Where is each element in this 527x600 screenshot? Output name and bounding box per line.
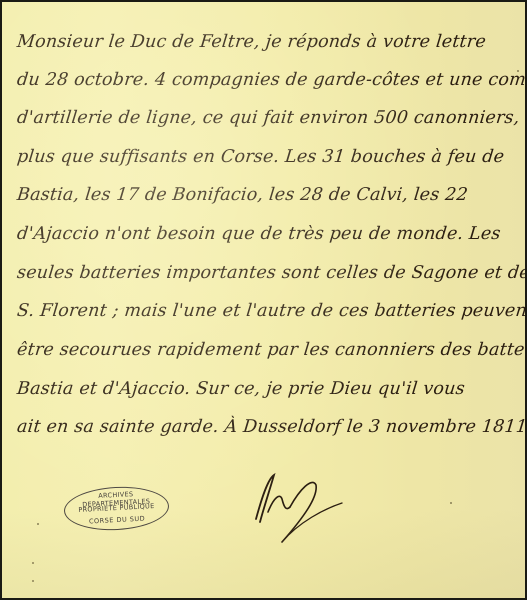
letter-line-9: être secourues rapidement par les canonn…	[16, 340, 525, 360]
paper-speck	[517, 70, 519, 72]
paper-speck	[32, 580, 34, 582]
letter-line-1: Monsieur le Duc de Feltre, je réponds à …	[16, 32, 487, 52]
letter-page: Monsieur le Duc de Feltre, je réponds à …	[2, 2, 525, 598]
letter-line-3: d'artillerie de ligne, ce qui fait envir…	[16, 108, 525, 128]
paper-speck	[37, 523, 39, 525]
letter-line-5: Bastia, les 17 de Bonifacio, les 28 de C…	[16, 185, 469, 205]
letter-line-8: S. Florent ; mais l'une et l'autre de ce…	[16, 301, 525, 321]
letter-line-2: du 28 octobre. 4 compagnies de garde-côt…	[16, 70, 525, 90]
paper-speck	[450, 502, 452, 504]
paper-speck	[32, 562, 34, 564]
letter-line-11: ait en sa sainte garde. À Dusseldorf le …	[16, 417, 525, 437]
letter-line-6: d'Ajaccio n'ont besoin que de très peu d…	[16, 224, 502, 244]
letter-line-4: plus que suffisants en Corse. Les 31 bou…	[16, 147, 505, 167]
stamp-line-corse: CORSE DU SUD	[65, 513, 168, 526]
letter-line-7: seules batteries importantes sont celles…	[16, 263, 525, 283]
letter-line-10: Bastia et d'Ajaccio. Sur ce, je prie Die…	[16, 379, 466, 399]
archive-stamp: ARCHIVES DEPARTEMENTALES PROPRIETE PUBLI…	[63, 484, 170, 532]
signature-icon	[254, 467, 354, 547]
